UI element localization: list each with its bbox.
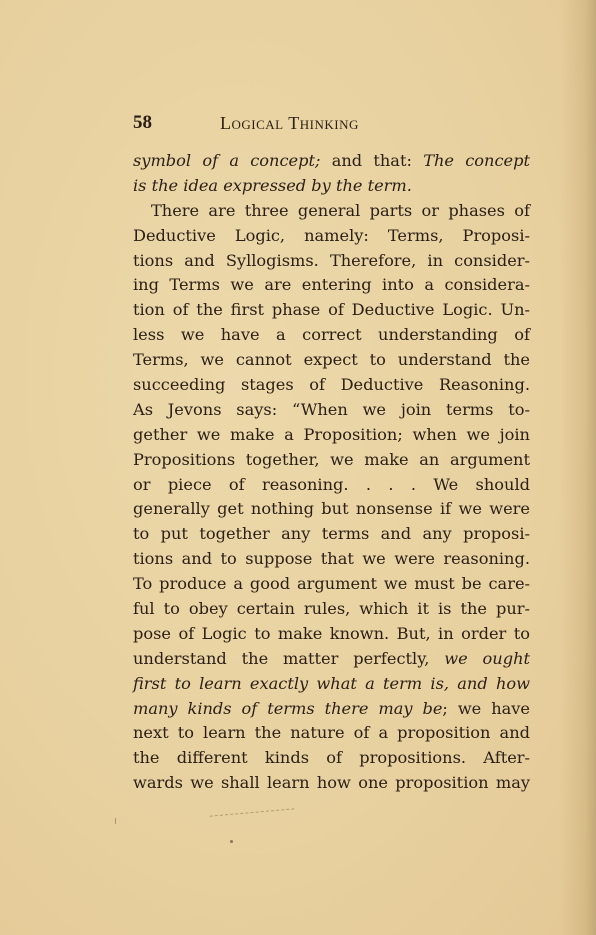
text-line: wards we shall learn how one proposition… [133,771,530,796]
text-line: tions and to suppose that we were reason… [133,547,530,572]
text-segment: tions and Syllogisms. Therefore, in cons… [133,251,530,270]
text-line: symbol of a concept; and that: The conce… [133,149,530,174]
book-page: 58 Logical Thinking symbol of a concept;… [0,0,596,935]
text-segment: the different kinds of propositions. Aft… [133,748,530,767]
text-line: Terms, we cannot expect to understand th… [133,348,530,373]
italic-text: we ought [444,649,530,668]
page-number: 58 [133,112,152,134]
text-segment: succeeding stages of Deductive Reasoning… [133,375,530,394]
text-line: less we have a correct understanding of [133,323,530,348]
text-line: many kinds of terms there may be; we hav… [133,697,530,722]
running-title: Logical Thinking [220,113,359,134]
text-segment: Terms, we cannot expect to understand th… [133,350,530,369]
text-line: There are three general parts or phases … [133,199,530,224]
text-segment: ful to obey certain rules, which it is t… [133,599,530,618]
text-segment: ; we have [442,699,530,718]
text-segment: tion of the first phase of Deductive Log… [133,300,530,319]
text-line: Deductive Logic, namely: Terms, Proposi- [133,224,530,249]
text-segment: To produce a good argument we must be ca… [133,574,530,593]
text-line: is the idea expressed by the term. [133,174,530,199]
italic-text: first to learn exactly what a term is, a… [133,674,530,693]
body-text: symbol of a concept; and that: The conce… [133,149,530,796]
text-line: ful to obey certain rules, which it is t… [133,597,530,622]
text-segment: and that: [320,151,423,170]
italic-text: many kinds of terms there may be [133,699,442,718]
text-segment: next to learn the nature of a propositio… [133,723,530,742]
italic-text: is the idea expressed by the term. [133,176,412,195]
text-segment: to put together any terms and any propos… [133,524,530,543]
text-segment: tions and to suppose that we were reason… [133,549,530,568]
text-line: the different kinds of propositions. Aft… [133,746,530,771]
text-line: generally get nothing but nonsense if we… [133,497,530,522]
italic-text: symbol of a concept; [133,151,320,170]
page-mark [115,818,116,824]
text-segment: wards we shall learn how one proposition… [133,773,530,792]
text-line: next to learn the nature of a propositio… [133,721,530,746]
text-segment: There are three general parts or phases … [151,201,530,220]
text-line: To produce a good argument we must be ca… [133,572,530,597]
text-segment: or piece of reasoning. . . . We should [133,475,530,494]
text-line: first to learn exactly what a term is, a… [133,672,530,697]
page-speck [230,840,233,843]
text-line: tions and Syllogisms. Therefore, in cons… [133,249,530,274]
text-segment: understand the matter perfectly, [133,649,444,668]
text-line: to put together any terms and any propos… [133,522,530,547]
text-line: or piece of reasoning. . . . We should [133,473,530,498]
page-smudge [210,808,296,826]
text-segment: less we have a correct understanding of [133,325,530,344]
text-line: gether we make a Proposition; when we jo… [133,423,530,448]
text-segment: Propositions together, we make an argume… [133,450,530,469]
text-line: succeeding stages of Deductive Reasoning… [133,373,530,398]
italic-text: The concept [423,151,530,170]
text-line: Propositions together, we make an argume… [133,448,530,473]
page-header: 58 Logical Thinking [133,112,528,142]
text-segment: generally get nothing but nonsense if we… [133,499,530,518]
text-segment: pose of Logic to make known. But, in ord… [133,624,530,643]
text-segment: gether we make a Proposition; when we jo… [133,425,530,444]
text-segment: ing Terms we are entering into a conside… [133,275,530,294]
text-line: ing Terms we are entering into a conside… [133,273,530,298]
text-line: pose of Logic to make known. But, in ord… [133,622,530,647]
text-line: As Jevons says: “When we join terms to- [133,398,530,423]
text-segment: As Jevons says: “When we join terms to- [133,400,530,419]
text-segment: Deductive Logic, namely: Terms, Proposi- [133,226,530,245]
text-line: tion of the first phase of Deductive Log… [133,298,530,323]
text-line: understand the matter perfectly, we ough… [133,647,530,672]
